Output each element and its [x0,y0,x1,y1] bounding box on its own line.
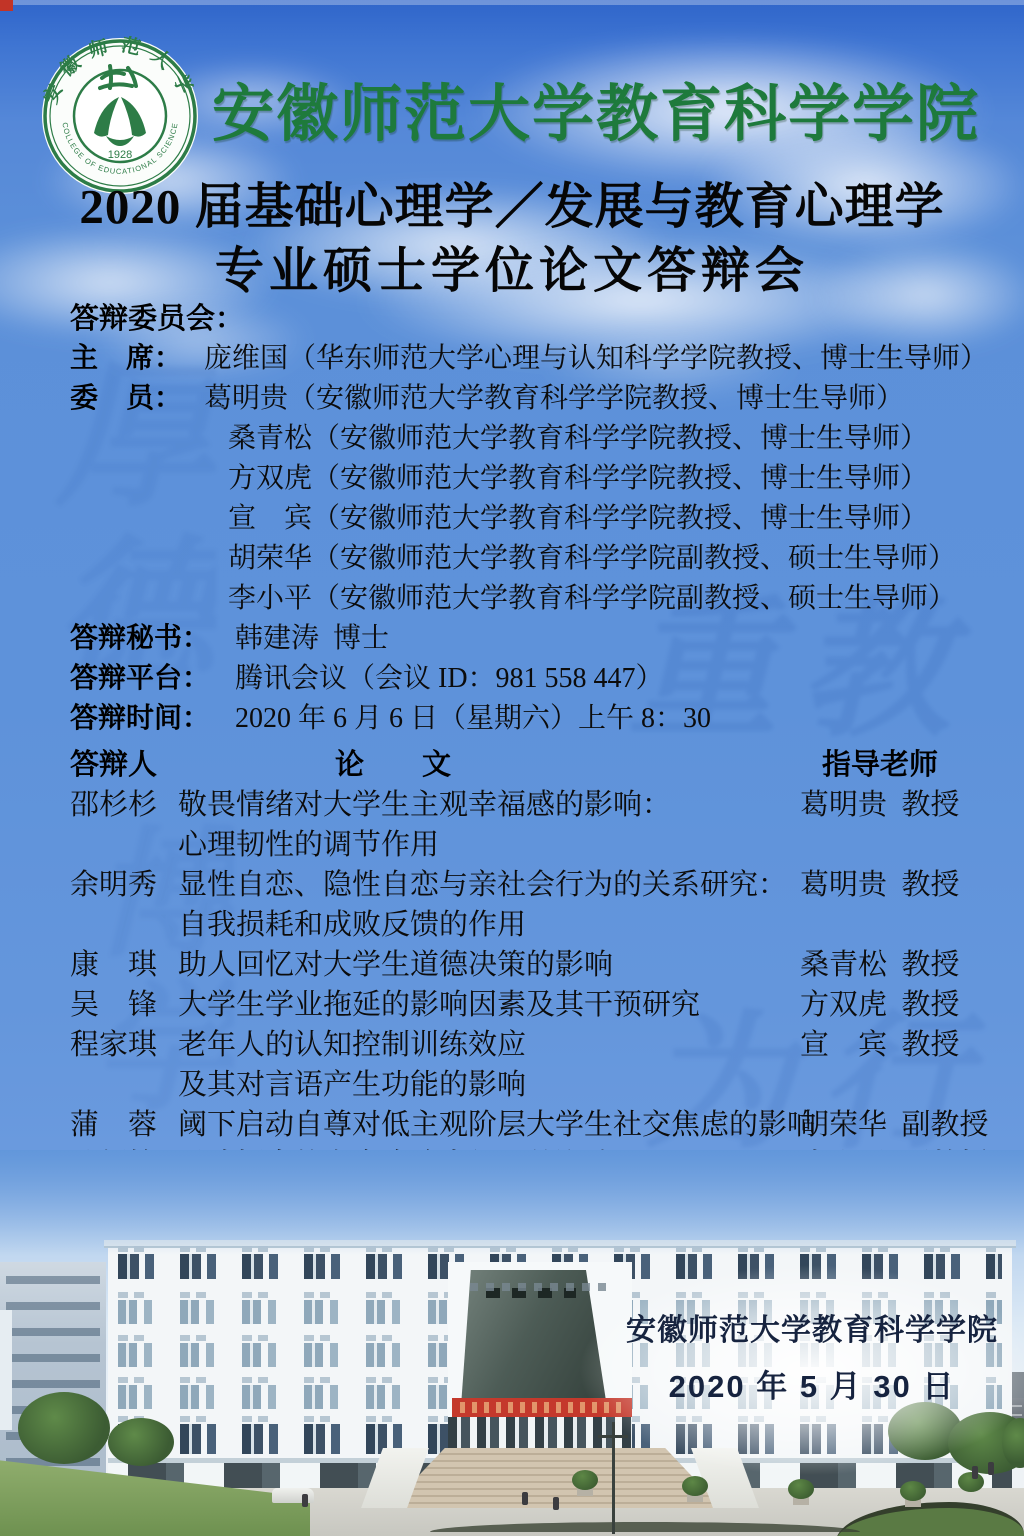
advisor-name: 葛明贵 教授 [800,862,960,902]
header-candidate: 答辩人 [70,742,157,782]
bush [958,1472,984,1492]
time-value: 2020 年 6 月 6 日（星期六）上午 8：30 [235,696,711,736]
table-header-row: 答辩人 论 文 指导老师 [70,742,980,782]
candidate-name: 蒲 蓉 [70,1102,157,1142]
member-affiliation: （安徽师范大学教育科学学院教授、博士生导师） [312,456,928,496]
member-affiliation: （安徽师范大学教育科学学院教授、博士生导师） [288,376,904,416]
thesis-title: 阈下启动自尊对低主观阶层大学生社交焦虑的影响 [178,1102,793,1142]
platform-label: 答辩平台： [70,656,235,696]
candidate-name: 余明秀 [70,862,157,902]
event-title-line1: 2020 届基础心理学／发展与教育心理学 [0,168,1024,238]
member-name: 桑青松 [228,416,312,456]
member-affiliation: （安徽师范大学教育科学学院副教授、硕士生导师） [312,536,956,576]
top-light-strip [0,0,1024,5]
table-row: 余明秀 显性自恋、隐性自恋与亲社会行为的关系研究： 自我损耗和成败反馈的作用 葛… [70,862,980,942]
building-sliver [0,1310,12,1430]
committee-section-label: 答辩委员会： [70,296,980,336]
table-row: 吴 锋 大学生学业拖延的影响因素及其干预研究 方双虎 教授 [70,982,980,1022]
committee-member-row: 委 员： 葛明贵 （安徽师范大学教育科学学院教授、博士生导师） [70,376,980,416]
chair-name: 庞维国 [204,336,288,376]
advisor-name: 方双虎 教授 [800,982,960,1022]
advisor-name: 桑青松 教授 [800,942,960,982]
secretary-label: 答辩秘书： [70,616,235,656]
bush [788,1479,814,1499]
committee-member-row: 宣 宾 （安徽师范大学教育科学学院教授、博士生导师） [70,496,980,536]
platform-value: 腾讯会议（会议 ID：981 558 447） [235,656,664,696]
table-row: 程家琪 老年人的认知控制训练效应 及其对言语产生功能的影响 宣 宾 教授 [70,1022,980,1102]
platform-row: 答辩平台： 腾讯会议（会议 ID：981 558 447） [70,656,980,696]
bush [682,1476,708,1496]
member-affiliation: （安徽师范大学教育科学学院副教授、硕士生导师） [312,576,956,616]
header-advisor: 指导老师 [822,742,938,782]
thesis-title: 敬畏情绪对大学生主观幸福感的影响： 心理韧性的调节作用 [178,782,793,862]
seal-year: 1928 [108,149,132,161]
candidate-name: 程家琪 [70,1022,157,1062]
tree [108,1418,174,1466]
campus-photo: 安徽师范大学教育科学学院 2020 年 5 月 30 日 [0,1150,1024,1536]
member-affiliation: （安徽师范大学教育科学学院教授、博士生导师） [312,496,928,536]
committee-member-row: 桑青松 （安徽师范大学教育科学学院教授、博士生导师） [70,416,980,456]
advisor-name: 宣 宾 教授 [800,1022,960,1062]
thesis-title: 助人回忆对大学生道德决策的影响 [178,942,793,982]
candidate-name: 邵杉杉 [70,782,157,822]
thesis-title: 老年人的认知控制训练效应 及其对言语产生功能的影响 [178,1022,793,1102]
candidate-name: 吴 锋 [70,982,157,1022]
thesis-title: 大学生学业拖延的影响因素及其干预研究 [178,982,793,1022]
table-row: 邵杉杉 敬畏情绪对大学生主观幸福感的影响： 心理韧性的调节作用 葛明贵 教授 [70,782,980,862]
member-label: 委 员： [70,376,204,416]
committee-member-row: 方双虎 （安徽师范大学教育科学学院教授、博士生导师） [70,456,980,496]
chair-label: 主 席： [70,336,204,376]
footer-signature: 安徽师范大学教育科学学院 2020 年 5 月 30 日 [610,1305,1014,1406]
committee-member-row: 胡荣华 （安徽师范大学教育科学学院副教授、硕士生导师） [70,536,980,576]
advisor-name: 葛明贵 教授 [800,782,960,822]
bush [900,1481,926,1501]
tree [18,1392,110,1464]
corner-mark [0,0,13,11]
member-name: 李小平 [228,576,312,616]
member-name: 宣 宾 [228,496,312,536]
member-name: 葛明贵 [204,376,288,416]
advisor-name: 胡荣华 副教授 [800,1102,989,1142]
footer-college-name: 安徽师范大学教育科学学院 [610,1305,1014,1349]
thesis-title: 显性自恋、隐性自恋与亲社会行为的关系研究： 自我损耗和成败反馈的作用 [178,862,793,942]
event-title-line2: 专业硕士学位论文答辩会 [0,232,1024,302]
person [553,1497,559,1510]
secretary-name: 韩建涛 博士 [235,616,389,656]
defense-table: 答辩人 论 文 指导老师 邵杉杉 敬畏情绪对大学生主观幸福感的影响： 心理韧性的… [70,742,980,1182]
person [302,1494,308,1507]
college-title: 安徽师范大学教育科学学院 [178,64,1014,153]
table-row: 蒲 蓉 阈下启动自尊对低主观阶层大学生社交焦虑的影响 胡荣华 副教授 [70,1102,980,1142]
table-row: 康 琪 助人回忆对大学生道德决策的影响 桑青松 教授 [70,942,980,982]
header-thesis: 论 文 [335,742,451,782]
photo-sky-fade [0,1150,1024,1255]
poster-body: 答辩委员会： 主 席： 庞维国 （华东师范大学心理与认知科学学院教授、博士生导师… [70,296,980,1182]
footer-date: 2020 年 5 月 30 日 [610,1361,1014,1406]
committee-member-row: 李小平 （安徽师范大学教育科学学院副教授、硕士生导师） [70,576,980,616]
time-label: 答辩时间： [70,696,235,736]
time-row: 答辩时间： 2020 年 6 月 6 日（星期六）上午 8：30 [70,696,980,736]
candidate-name: 康 琪 [70,942,157,982]
defense-announcement-poster: 厚德 重教 博学 为行 安徽师范大学 COLLEGE OF EDUCATIONA… [0,0,1024,1536]
chair-affiliation: （华东师范大学心理与认知科学学院教授、博士生导师） [288,336,988,376]
person [522,1492,528,1505]
member-name: 胡荣华 [228,536,312,576]
secretary-row: 答辩秘书： 韩建涛 博士 [70,616,980,656]
committee-chair-row: 主 席： 庞维国 （华东师范大学心理与认知科学学院教授、博士生导师） [70,336,980,376]
member-name: 方双虎 [228,456,312,496]
member-affiliation: （安徽师范大学教育科学学院教授、博士生导师） [312,416,928,456]
